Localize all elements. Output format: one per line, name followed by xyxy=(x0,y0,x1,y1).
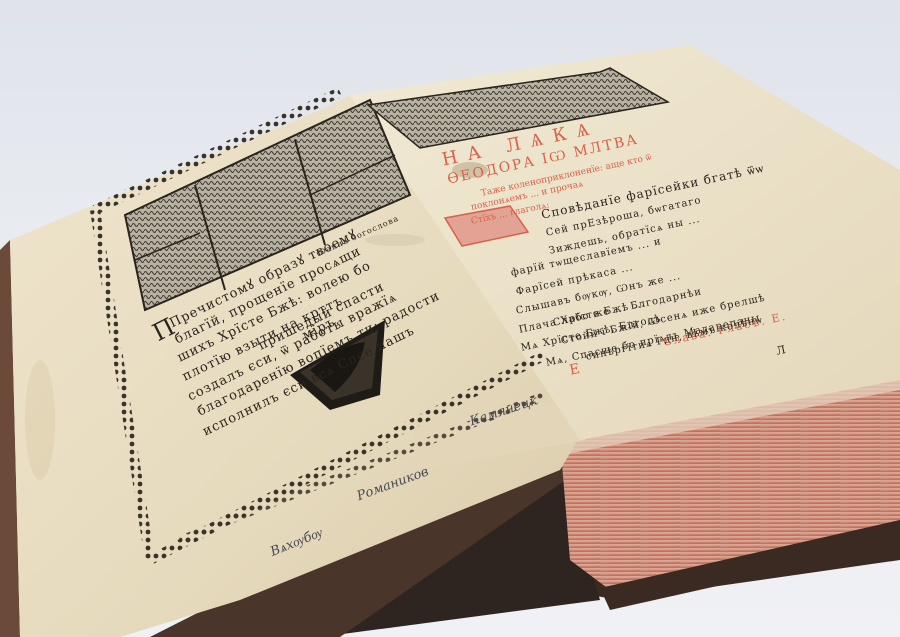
book-photo: П Пречистомꙋ образꙋ твоемꙋ благїй, проще… xyxy=(0,0,900,637)
